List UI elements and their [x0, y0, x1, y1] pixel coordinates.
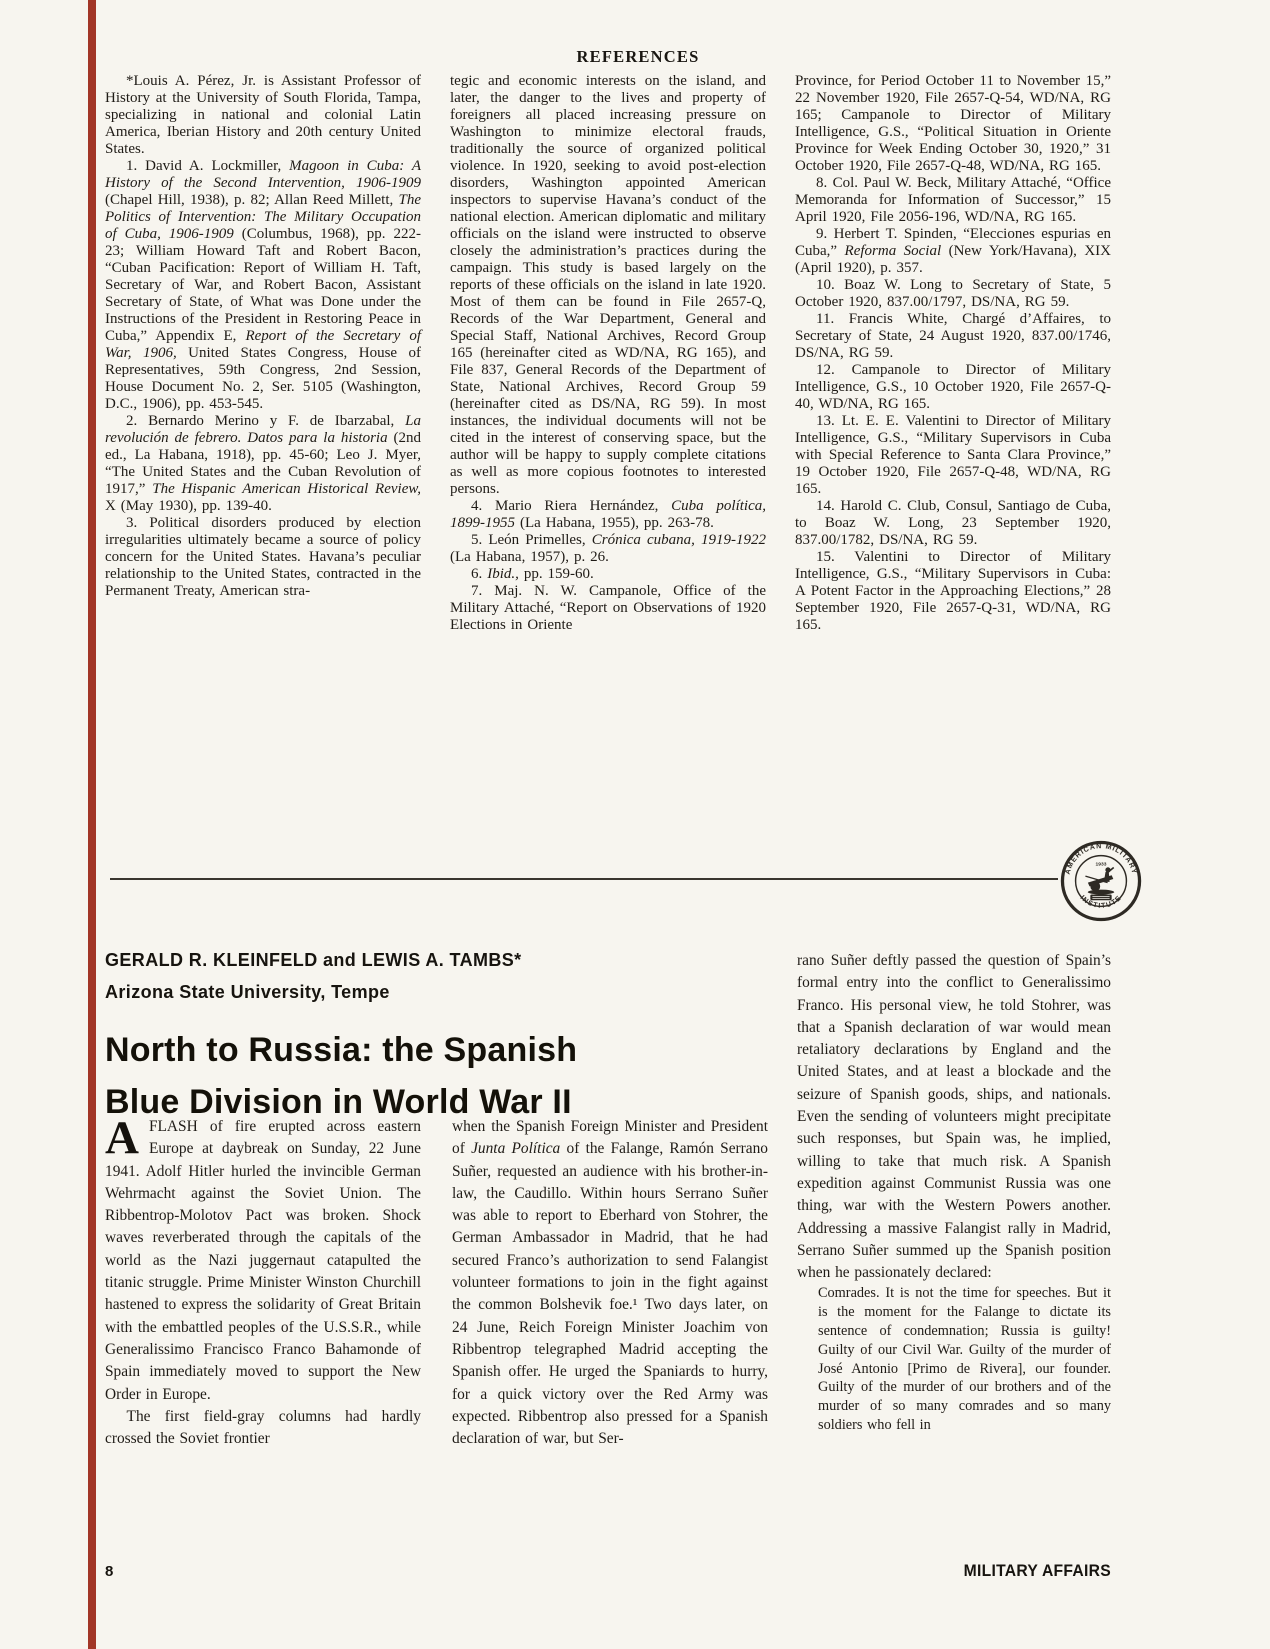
paragraph: 8. Col. Paul W. Beck, Military Attaché, … [795, 175, 1111, 226]
text-run: tegic and economic interests on the isla… [450, 73, 766, 497]
text-run: 4. Mario Riera Hernández, [471, 498, 671, 514]
seal-graphic: AMERICAN MILITARY INSTITUTE 1933 [1060, 839, 1142, 923]
american-military-institute-seal-icon: AMERICAN MILITARY INSTITUTE 1933 [1060, 839, 1142, 923]
text-run: 8. Col. Paul W. Beck, Military Attaché, … [795, 175, 1111, 225]
paragraph: 5. León Primelles, Crónica cubana, 1919-… [450, 532, 766, 566]
text-run: Province, for Period October 11 to Novem… [795, 73, 1111, 174]
journal-page: REFERENCES *Louis A. Pérez, Jr. is Assis… [0, 0, 1270, 1649]
drop-cap: A [105, 1119, 139, 1157]
page-edge-red-strip [88, 0, 96, 1649]
seal-year: 1933 [1096, 861, 1107, 867]
text-run: 7. Maj. N. W. Campanole, Office of the M… [450, 583, 766, 633]
paragraph: 4. Mario Riera Hernández, Cuba política,… [450, 498, 766, 532]
text-run: 10. Boaz W. Long to Secretary of State, … [795, 277, 1111, 310]
text-run: *Louis A. Pérez, Jr. is Assistant Profes… [105, 73, 421, 157]
references-column-2: tegic and economic interests on the isla… [450, 73, 766, 634]
italic-text: Crónica cubana, 1919-1922 [592, 532, 766, 548]
paragraph: tegic and economic interests on the isla… [450, 73, 766, 498]
text-run: pp. 159-60. [519, 566, 594, 582]
paragraph: 7. Maj. N. W. Campanole, Office of the M… [450, 583, 766, 634]
paragraph: Comrades. It is not the time for speeche… [818, 1284, 1111, 1434]
footer-journal-name: MILITARY AFFAIRS [813, 1561, 1111, 1581]
references-heading: REFERENCES [480, 47, 796, 67]
paragraph: The first field-gray columns had hardly … [105, 1406, 421, 1451]
italic-text: Junta Política [471, 1140, 560, 1157]
text-run: 15. Valentini to Director of Military In… [795, 549, 1111, 633]
paragraph: 10. Boaz W. Long to Secretary of State, … [795, 277, 1111, 311]
paragraph: 9. Herbert T. Spinden, “Elecciones espur… [795, 226, 1111, 277]
paragraph: when the Spanish Foreign Minister and Pr… [452, 1116, 768, 1450]
references-section: *Louis A. Pérez, Jr. is Assistant Profes… [105, 73, 1111, 634]
text-run: 12. Campanole to Director of Military In… [795, 362, 1111, 412]
text-run: 13. Lt. E. E. Valentini to Director of M… [795, 413, 1111, 497]
text-run: X (May 1930), pp. 139-40. [105, 498, 272, 514]
paragraph: AFLASH of fire erupted across eastern Eu… [105, 1116, 421, 1406]
paragraph: rano Suñer deftly passed the question of… [797, 950, 1111, 1284]
article-column-3: rano Suñer deftly passed the question of… [797, 950, 1111, 1435]
paragraph: 6. Ibid., pp. 159-60. [450, 566, 766, 583]
paragraph: 2. Bernardo Merino y F. de Ibarzabal, La… [105, 413, 421, 515]
text-run: 5. León Primelles, [471, 532, 592, 548]
text-run: of the Falange, Ramón Serrano Suñer, req… [452, 1140, 768, 1447]
text-run: FLASH of fire erupted across eastern Eur… [105, 1118, 421, 1403]
paragraph: 13. Lt. E. E. Valentini to Director of M… [795, 413, 1111, 498]
article-title: North to Russia: the Spanish Blue Divisi… [105, 1024, 775, 1128]
text-run: (Columbus, 1968), pp. 222-23; William Ho… [105, 226, 421, 344]
article-column-1: AFLASH of fire erupted across eastern Eu… [105, 1116, 421, 1450]
text-run: 6. [471, 566, 487, 582]
paragraph: 12. Campanole to Director of Military In… [795, 362, 1111, 413]
references-column-1: *Louis A. Pérez, Jr. is Assistant Profes… [105, 73, 421, 634]
text-run: The first field-gray columns had hardly … [105, 1408, 421, 1447]
italic-text: Reforma Social [845, 243, 942, 259]
text-run: (La Habana, 1957), p. 26. [450, 549, 609, 565]
article-byline: GERALD R. KLEINFELD and LEWIS A. TAMBS* [105, 948, 775, 972]
seal-cannon-emblem [1085, 867, 1114, 900]
paragraph: 11. Francis White, Chargé d’Affaires, to… [795, 311, 1111, 362]
text-run: 2. Bernardo Merino y F. de Ibarzabal, [126, 413, 405, 429]
references-column-3: Province, for Period October 11 to Novem… [795, 73, 1111, 634]
text-run: (Chapel Hill, 1938), p. 82; Allan Reed M… [105, 192, 399, 208]
text-run: 11. Francis White, Chargé d’Affaires, to… [795, 311, 1111, 361]
paragraph: 15. Valentini to Director of Military In… [795, 549, 1111, 634]
text-run: Comrades. It is not the time for speeche… [818, 1285, 1111, 1433]
text-run: 14. Harold C. Club, Consul, Santiago de … [795, 498, 1111, 548]
paragraph: 14. Harold C. Club, Consul, Santiago de … [795, 498, 1111, 549]
paragraph: 1. David A. Lockmiller, Magoon in Cuba: … [105, 158, 421, 413]
svg-text:AMERICAN MILITARY: AMERICAN MILITARY [1065, 843, 1138, 875]
paragraph: 3. Political disorders produced by elect… [105, 515, 421, 600]
article-affiliation: Arizona State University, Tempe [105, 980, 775, 1004]
italic-text: Ibid., [487, 566, 519, 582]
seal-arc-top-text: AMERICAN MILITARY [1065, 843, 1138, 875]
article-title-line-1: North to Russia: the Spanish [105, 1024, 775, 1076]
text-run: 3. Political disorders produced by elect… [105, 515, 421, 599]
footer-page-number: 8 [105, 1563, 113, 1581]
article-column-2: when the Spanish Foreign Minister and Pr… [452, 1116, 768, 1450]
article-header: GERALD R. KLEINFELD and LEWIS A. TAMBS* … [105, 948, 775, 1128]
text-run: rano Suñer deftly passed the question of… [797, 952, 1111, 1281]
italic-text: The Hispanic American Historical Review, [152, 481, 421, 497]
text-run: (La Habana, 1955), pp. 263-78. [515, 515, 714, 531]
text-run: 1. David A. Lockmiller, [126, 158, 289, 174]
paragraph: Province, for Period October 11 to Novem… [795, 73, 1111, 175]
section-divider-rule [110, 878, 1058, 880]
paragraph: *Louis A. Pérez, Jr. is Assistant Profes… [105, 73, 421, 158]
